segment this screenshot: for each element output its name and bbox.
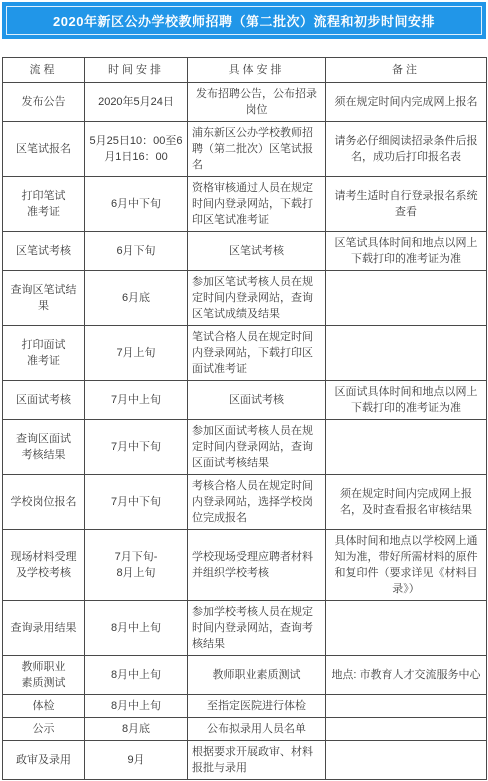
cell-time: 6月中下旬 [85,177,188,232]
cell-process: 区面试考核 [3,381,85,420]
cell-note [326,271,487,326]
cell-time: 7月上旬 [85,326,188,381]
cell-process: 政审及录用 [3,741,85,780]
cell-detail: 公布拟录用人员名单 [188,718,326,741]
table-row: 公示8月底公布拟录用人员名单 [3,718,487,741]
cell-note: 具体时间和地点以学校网上通知为准，带好所需材料的原件和复印件（要求详见《材料目录… [326,530,487,601]
table-body: 发布公告2020年5月24日发布招聘公告，公布招录岗位须在规定时间内完成网上报名… [3,83,487,780]
cell-detail: 笔试合格人员在规定时间内登录网站，下载打印区面试准考证 [188,326,326,381]
page-title: 2020年新区公办学校教师招聘（第二批次）流程和初步时间安排 [53,11,435,30]
cell-detail: 参加学校考核人员在规定时间内登录网站，查询考核结果 [188,601,326,656]
cell-time: 2020年5月24日 [85,83,188,122]
title-banner-inner: 2020年新区公办学校教师招聘（第二批次）流程和初步时间安排 [6,6,482,35]
cell-process: 公示 [3,718,85,741]
table-row: 区面试考核7月中上旬区面试考核区面试具体时间和地点以网上下载打印的准考证为准 [3,381,487,420]
table-row: 学校岗位报名7月中下旬考核合格人员在规定时间内登录网站，选择学校岗位完成报名须在… [3,475,487,530]
cell-time: 6月底 [85,271,188,326]
cell-time: 7月下旬- 8月上旬 [85,530,188,601]
cell-detail: 参加区面试考核人员在规定时间内登录网站，查询区面试考核结果 [188,420,326,475]
cell-process: 发布公告 [3,83,85,122]
cell-note: 须在规定时间内完成网上报名，及时查看报名审核结果 [326,475,487,530]
column-header: 时间安排 [85,58,188,83]
cell-process: 打印笔试 准考证 [3,177,85,232]
cell-detail: 资格审核通过人员在规定时间内登录网站，下载打印区笔试准考证 [188,177,326,232]
cell-detail: 浦东新区公办学校教师招聘（第二批次）区笔试报名 [188,122,326,177]
cell-detail: 区笔试考核 [188,232,326,271]
cell-note [326,695,487,718]
cell-detail: 至指定医院进行体检 [188,695,326,718]
column-header: 流程 [3,58,85,83]
cell-process: 现场材料受理 及学校考核 [3,530,85,601]
table-row: 查询区面试 考核结果7月中下旬参加区面试考核人员在规定时间内登录网站，查询区面试… [3,420,487,475]
cell-process: 区笔试报名 [3,122,85,177]
table-row: 发布公告2020年5月24日发布招聘公告，公布招录岗位须在规定时间内完成网上报名 [3,83,487,122]
cell-note [326,601,487,656]
cell-detail: 区面试考核 [188,381,326,420]
cell-note: 请务必仔细阅读招录条件后报名，成功后打印报名表 [326,122,487,177]
cell-detail: 教师职业素质测试 [188,656,326,695]
column-header: 备注 [326,58,487,83]
cell-note: 区面试具体时间和地点以网上下载打印的准考证为准 [326,381,487,420]
table-row: 教师职业 素质测试8月中上旬教师职业素质测试地点: 市教育人才交流服务中心 [3,656,487,695]
cell-detail: 学校现场受理应聘者材料并组织学校考核 [188,530,326,601]
cell-detail: 根据要求开展政审、材料报批与录用 [188,741,326,780]
cell-time: 7月中上旬 [85,381,188,420]
title-banner: 2020年新区公办学校教师招聘（第二批次）流程和初步时间安排 [2,2,486,39]
cell-time: 7月中下旬 [85,420,188,475]
table-row: 查询录用结果8月中上旬参加学校考核人员在规定时间内登录网站，查询考核结果 [3,601,487,656]
cell-time: 5月25日10：00至6月1日16：00 [85,122,188,177]
table-row: 查询区笔试结果6月底参加区笔试考核人员在规定时间内登录网站，查询区笔试成绩及结果 [3,271,487,326]
table-row: 体检8月中上旬至指定医院进行体检 [3,695,487,718]
table-header-row: 流程时间安排具体安排备注 [3,58,487,83]
cell-time: 8月中上旬 [85,656,188,695]
table-row: 区笔试考核6月下旬区笔试考核区笔试具体时间和地点以网上下载打印的准考证为准 [3,232,487,271]
cell-process: 区笔试考核 [3,232,85,271]
cell-time: 6月下旬 [85,232,188,271]
table-row: 政审及录用9月根据要求开展政审、材料报批与录用 [3,741,487,780]
cell-note [326,718,487,741]
cell-time: 8月底 [85,718,188,741]
cell-time: 8月中上旬 [85,695,188,718]
cell-note: 地点: 市教育人才交流服务中心 [326,656,487,695]
table-row: 现场材料受理 及学校考核7月下旬- 8月上旬学校现场受理应聘者材料并组织学校考核… [3,530,487,601]
cell-time: 8月中上旬 [85,601,188,656]
schedule-table: 流程时间安排具体安排备注 发布公告2020年5月24日发布招聘公告，公布招录岗位… [2,57,487,780]
cell-process: 查询区面试 考核结果 [3,420,85,475]
table-row: 区笔试报名5月25日10：00至6月1日16：00浦东新区公办学校教师招聘（第二… [3,122,487,177]
cell-detail: 参加区笔试考核人员在规定时间内登录网站，查询区笔试成绩及结果 [188,271,326,326]
cell-process: 查询区笔试结果 [3,271,85,326]
table-row: 打印面试 准考证7月上旬笔试合格人员在规定时间内登录网站，下载打印区面试准考证 [3,326,487,381]
cell-process: 查询录用结果 [3,601,85,656]
cell-detail: 发布招聘公告，公布招录岗位 [188,83,326,122]
cell-process: 教师职业 素质测试 [3,656,85,695]
cell-note [326,326,487,381]
cell-note [326,741,487,780]
cell-note: 须在规定时间内完成网上报名 [326,83,487,122]
cell-process: 体检 [3,695,85,718]
table-row: 打印笔试 准考证6月中下旬资格审核通过人员在规定时间内登录网站，下载打印区笔试准… [3,177,487,232]
cell-time: 7月中下旬 [85,475,188,530]
schedule-table-container: 流程时间安排具体安排备注 发布公告2020年5月24日发布招聘公告，公布招录岗位… [2,57,486,780]
cell-time: 9月 [85,741,188,780]
cell-process: 打印面试 准考证 [3,326,85,381]
cell-note [326,420,487,475]
cell-note: 请考生适时自行登录报名系统查看 [326,177,487,232]
cell-process: 学校岗位报名 [3,475,85,530]
cell-detail: 考核合格人员在规定时间内登录网站，选择学校岗位完成报名 [188,475,326,530]
column-header: 具体安排 [188,58,326,83]
cell-note: 区笔试具体时间和地点以网上下载打印的准考证为准 [326,232,487,271]
